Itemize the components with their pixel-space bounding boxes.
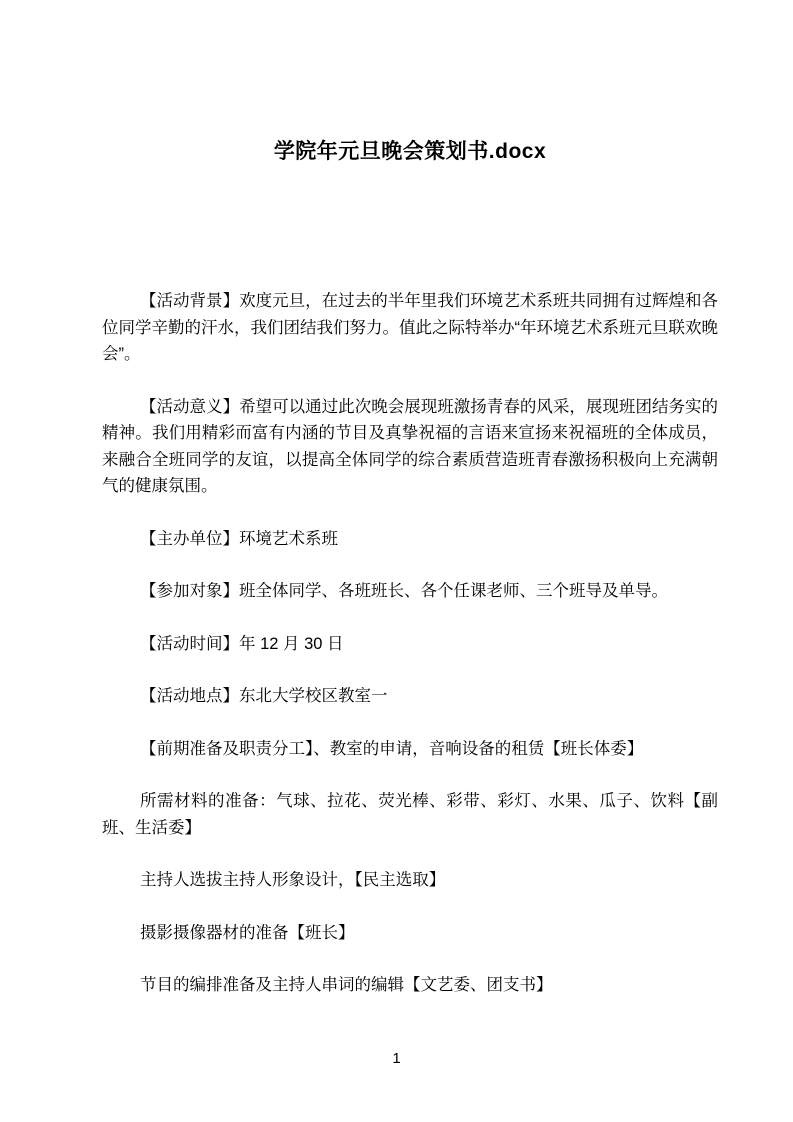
paragraph-photography-equipment: 摄影摄像器材的准备【班长】 xyxy=(102,920,718,947)
paragraph-participants: 【参加对象】班全体同学、各班班长、各个任课老师、三个班导及单导。 xyxy=(102,578,718,605)
paragraph-materials: 所需材料的准备：气球、拉花、荧光棒、彩带、彩灯、水果、瓜子、饮料【副班、生活委】 xyxy=(102,788,718,841)
page-number: 1 xyxy=(0,1049,793,1069)
paragraph-activity-meaning: 【活动意义】希望可以通过此次晚会展现班激扬青春的风采，展现班团结务实的精神。我们… xyxy=(102,394,718,500)
paragraph-organizer: 【主办单位】环境艺术系班 xyxy=(102,526,718,553)
paragraph-activity-time: 【活动时间】年 12 月 30 日 xyxy=(102,631,718,658)
paragraph-activity-location: 【活动地点】东北大学校区教室一 xyxy=(102,683,718,710)
paragraph-preparation-and-duties: 【前期准备及职责分工】、教室的申请，音响设备的租赁【班长体委】 xyxy=(102,736,718,763)
paragraph-program-arrangement: 节目的编排准备及主持人串词的编辑【文艺委、团支书】 xyxy=(102,972,718,999)
document-body: 学院年元旦晚会策划书.docx 【活动背景】欢度元旦，在过去的半年里我们环境艺术… xyxy=(102,0,718,999)
paragraph-activity-background: 【活动背景】欢度元旦，在过去的半年里我们环境艺术系班共同拥有过辉煌和各位同学辛勤… xyxy=(102,288,718,368)
paragraph-host-selection: 主持人选拔主持人形象设计，【民主选取】 xyxy=(102,867,718,894)
document-page: 学院年元旦晚会策划书.docx 【活动背景】欢度元旦，在过去的半年里我们环境艺术… xyxy=(0,0,793,1122)
document-title: 学院年元旦晚会策划书.docx xyxy=(102,0,718,168)
